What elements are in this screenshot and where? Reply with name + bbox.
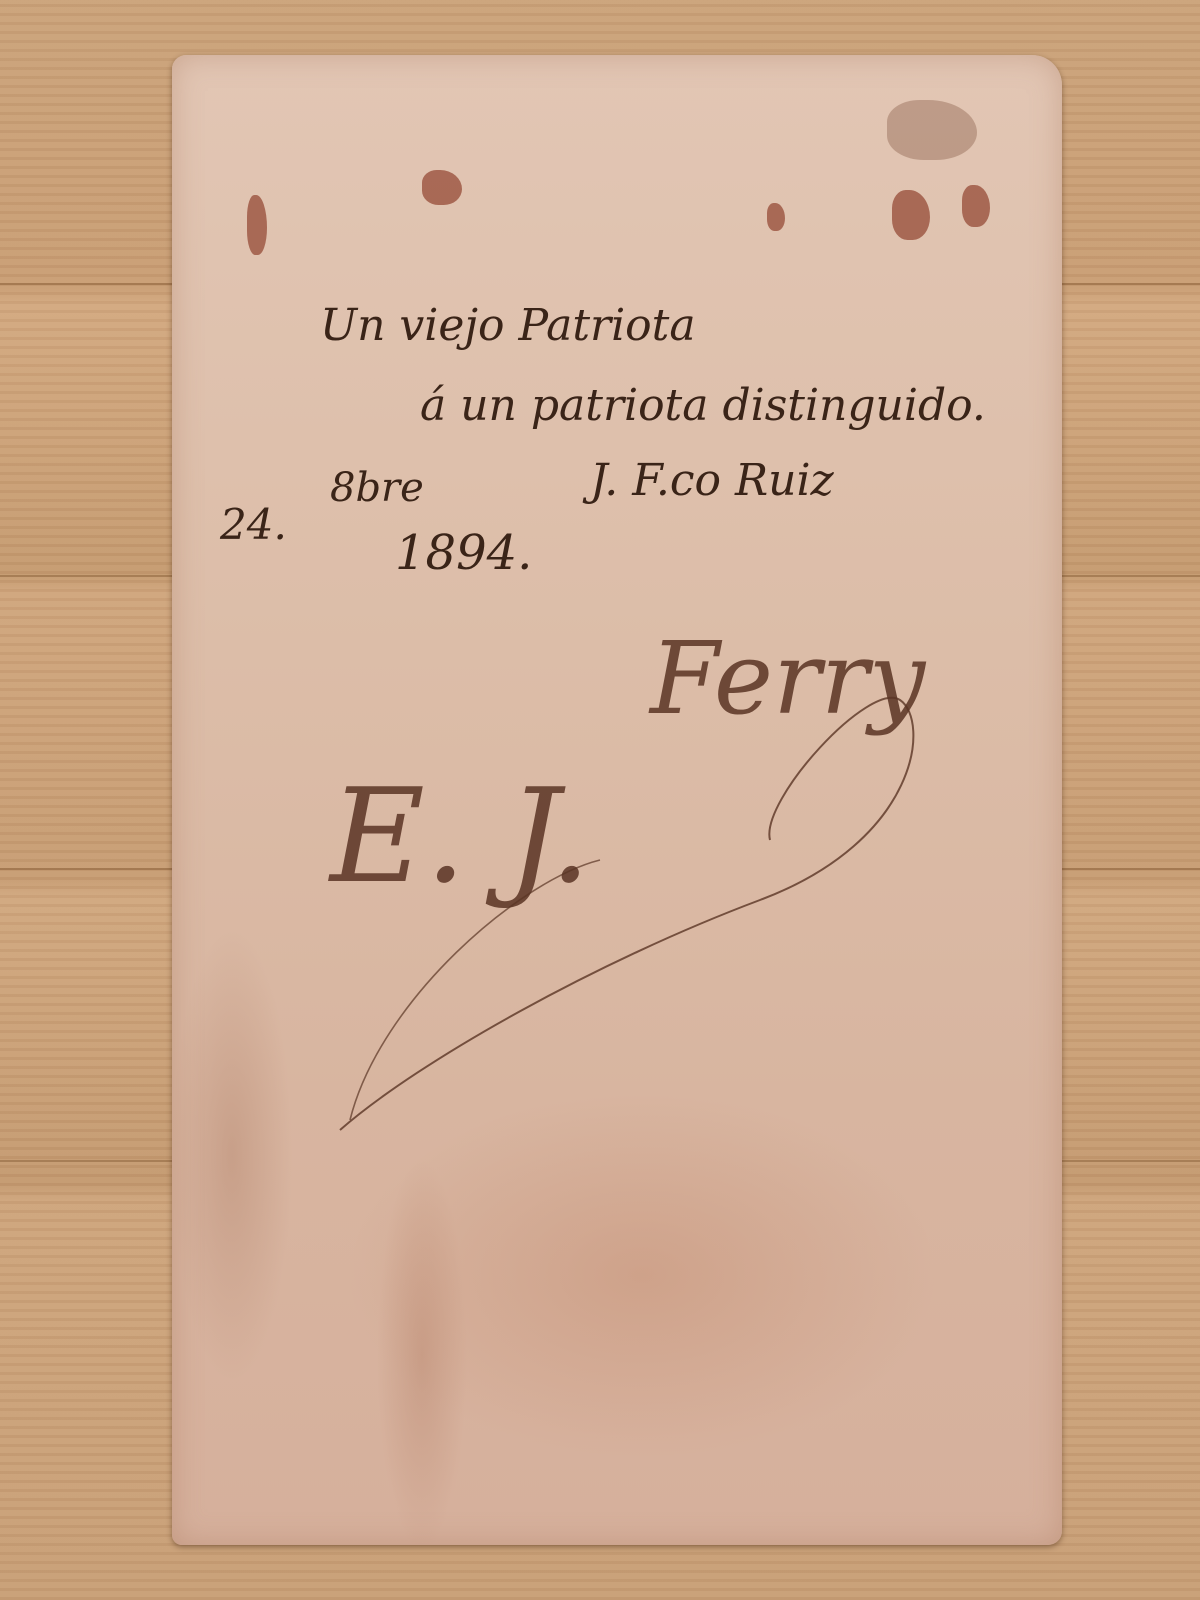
signature-flourish-icon [0,0,1200,1600]
